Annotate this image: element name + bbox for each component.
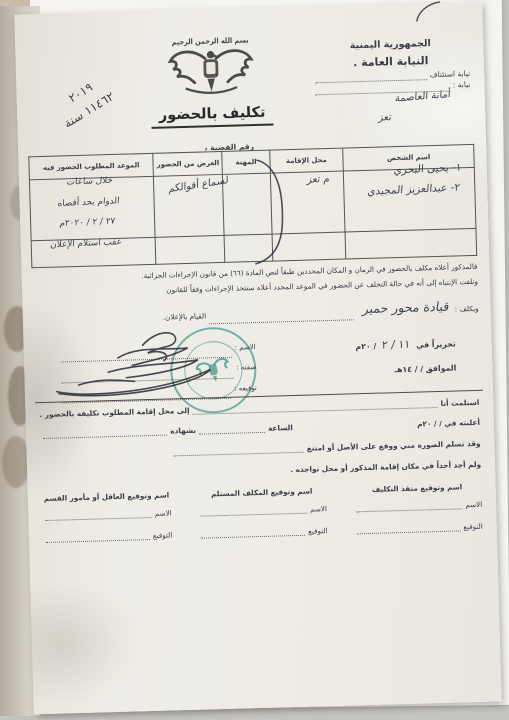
- signature-label: التوقيع: [153, 530, 173, 540]
- recipient-column-header: اسم وتوقيع المكلف المستلم: [197, 486, 327, 499]
- letterhead-right: الجمهورية اليمنية النيابة العامة . نيابة…: [311, 36, 470, 95]
- name-dotted-line: [45, 512, 152, 521]
- handwritten-niyaba-value: تعز: [377, 110, 392, 126]
- document-title: تكليف بالحضور: [151, 104, 274, 128]
- recipient-signature-column: اسم وتوقيع المكلف المستلم الاسم التوقيع: [197, 486, 328, 552]
- aqil-signature-column: اسم وتوقيع العاقل أو مأمور القسم الاسم ا…: [42, 490, 173, 556]
- signature-dotted-line: [46, 534, 150, 543]
- signature-dotted-line: [356, 525, 460, 534]
- stamp-eagle-icon: [194, 354, 233, 387]
- witness-label: بشهادة: [170, 426, 196, 436]
- col-purpose: الغرض من الحضور: [153, 151, 223, 176]
- announced-label: أعلنته في / / ٢٠م: [417, 418, 480, 429]
- to-residence-text: إلى محل إقامة المطلوب تكليفه بالحضور .: [39, 406, 189, 419]
- witness-dotted-line: [43, 429, 167, 439]
- announced-line: أعلنته في / / ٢٠م الساعة بشهادة: [40, 418, 480, 439]
- name-label: الاسم: [465, 500, 482, 509]
- name-dotted-line: [201, 507, 308, 516]
- hijri-date-line: الموافق / / ١٤هـ: [356, 358, 457, 381]
- assignment-dotted-line: [209, 314, 353, 324]
- handwritten-written-date: ١١ / ٢: [380, 331, 412, 360]
- handwritten-residence: م تعز: [306, 174, 330, 186]
- handwritten-names: ١- يحيى البحري ٢- عبدالعزيز المجيدي: [367, 157, 463, 202]
- executor-column-header: اسم وتوقيع منفذ التكليف: [352, 482, 482, 495]
- name-label: الاسم: [155, 508, 172, 517]
- name-label: الاسم: [310, 504, 327, 513]
- signature-dotted-line: [201, 529, 305, 538]
- handwritten-appointment: خلال ساعات الدوام بحد أقصاه ٢٧ / ٢ / ٢٠٢…: [25, 169, 150, 257]
- written-on-label: تحريراً في: [416, 339, 456, 349]
- signature-label: التوقيع: [308, 526, 328, 536]
- copy-delivered-line: وقد تسلم الصورة مني ووقع على الأصل أو ام…: [41, 439, 481, 460]
- signature-columns: اسم وتوقيع منفذ التكليف الاسم التوقيع اس…: [42, 482, 484, 556]
- niyaba-label: نيابة :: [453, 79, 471, 91]
- copy-delivered-text: وقد تسلم الصورة مني ووقع على الأصل أو ام…: [307, 439, 481, 453]
- handwritten-appeal-value: أمانة العاصمة: [395, 87, 452, 107]
- received-label: استلمت أنا: [440, 398, 479, 408]
- handwritten-assigned-entity: قيادة محور حمير: [360, 294, 450, 323]
- aqil-column-header: اسم وتوقيع العاقل أو مأمور القسم: [42, 490, 172, 503]
- legal-paragraph: فالمذكور أعلاه مكلف بالحضور في الزمان و …: [33, 259, 478, 329]
- signature-label: التوقيع: [463, 522, 483, 532]
- not-found-line: ولم أجد أحداً في مكان إقامة المذكور أو م…: [41, 460, 481, 481]
- summons-document-sheet: الجمهورية اليمنية النيابة العامة . نيابة…: [14, 2, 501, 715]
- stamp-inner-ring: [178, 335, 248, 405]
- executor-signature-column: اسم وتوقيع منفذ التكليف الاسم التوقيع: [352, 482, 483, 548]
- scanned-summons-photo: الجمهورية اليمنية النيابة العامة . نيابة…: [0, 0, 509, 720]
- assign-label: ويكلف :: [455, 301, 479, 317]
- summoned-name-2: ٢- عبدالعزيز المجيدي: [367, 178, 461, 203]
- spacer: [293, 429, 417, 432]
- hour-label: الساعة: [268, 423, 293, 433]
- written-year: / ٢٠م: [355, 342, 376, 352]
- announce-suffix: القيام بالإعلان.: [163, 309, 207, 326]
- not-found-text: ولم أجد أحداً في مكان إقامة المذكور أو م…: [290, 460, 481, 474]
- name-dotted-line: [356, 503, 463, 512]
- pen-stroke-profession: [238, 155, 293, 268]
- spacer: [41, 456, 171, 460]
- written-on-line: تحريراً في ١١ / ٢ / ٢٠م: [355, 329, 456, 360]
- hour-dotted-line: [199, 426, 265, 434]
- yemen-eagle-emblem-icon: [164, 44, 257, 101]
- issue-date-block: تحريراً في ١١ / ٢ / ٢٠م الموافق / / ١٤هـ: [355, 329, 457, 381]
- letterhead-center: بسم الله الرحمن الرحيم تكليف بالحضور: [107, 34, 315, 130]
- pen-scratch-mark: [396, 0, 443, 23]
- copy-dotted-line: [174, 446, 304, 456]
